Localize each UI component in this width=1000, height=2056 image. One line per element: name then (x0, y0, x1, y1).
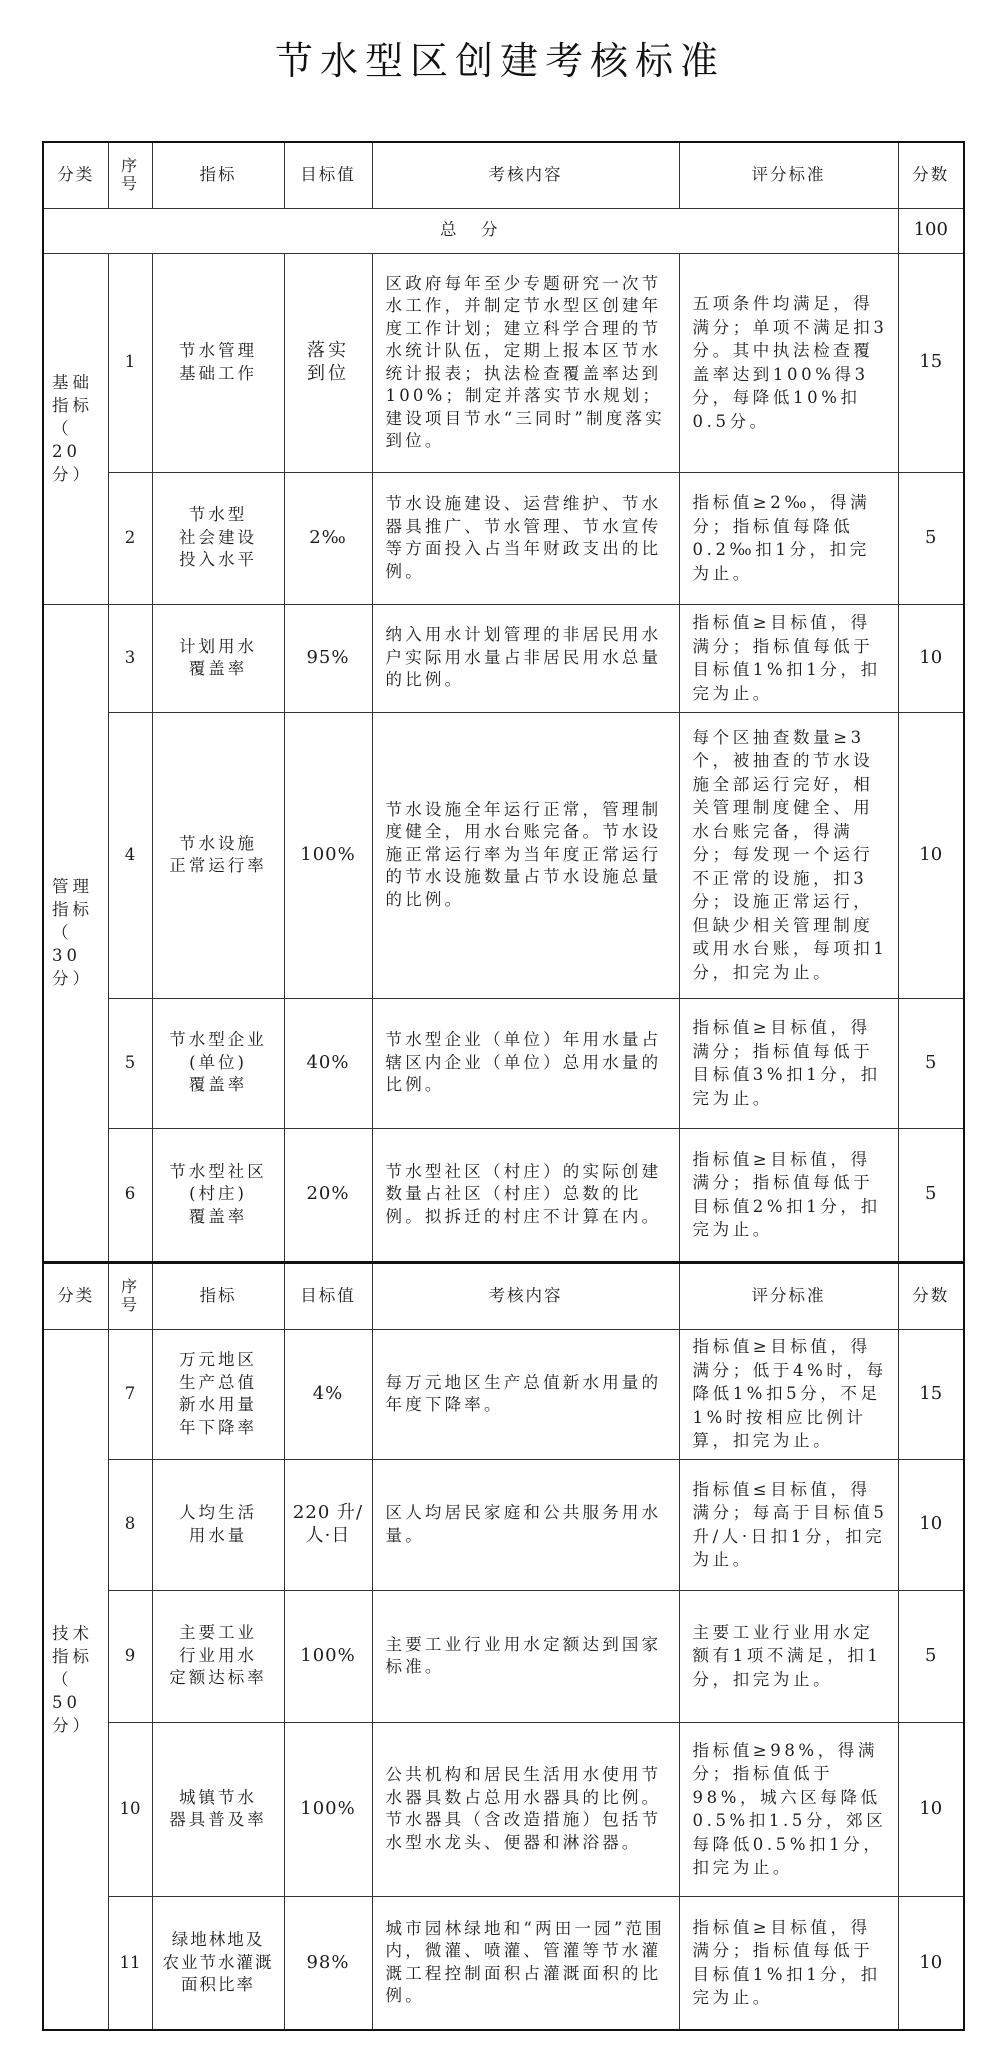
row-indicator: 节水管理 基础工作 (152, 253, 284, 472)
header-category: 分类 (43, 142, 108, 208)
row-seq: 8 (108, 1459, 152, 1590)
indicator-line: 器具普及率 (157, 1809, 280, 1832)
row-indicator: 城镇节水 器具普及率 (152, 1722, 284, 1896)
table-header-repeat: 分类 序 号 指标 目标值 考核内容 评分标准 分数 (43, 1262, 964, 1329)
target-line: 人·日 (285, 1525, 372, 1548)
row-seq: 11 (108, 1896, 152, 2030)
row-score: 5 (898, 472, 964, 604)
table-row: 2 节水型 社会建设 投入水平 2‰ 节水设施建设、运营维护、节水器具推广、节水… (43, 472, 964, 604)
category-line: （ 20 (52, 417, 104, 463)
row-target: 220 升/ 人·日 (284, 1459, 372, 1590)
indicator-line: 计划用水 (157, 636, 280, 659)
row-target: 20% (284, 1128, 372, 1262)
row-score: 10 (898, 712, 964, 998)
indicator-line: (村庄) (157, 1183, 280, 1206)
row-content: 节水设施建设、运营维护、节水器具推广、节水管理、节水宣传等方面投入占当年财政支出… (372, 472, 679, 604)
row-content: 城市园林绿地和“两田一园”范围内，微灌、喷灌、管灌等节水灌溉工程控制面积占灌溉面… (372, 1896, 679, 2030)
indicator-line: 新水用量 (157, 1394, 280, 1417)
row-seq: 5 (108, 998, 152, 1128)
indicator-line: 定额达标率 (157, 1667, 280, 1690)
row-target: 100% (284, 1722, 372, 1896)
indicator-line: 覆盖率 (157, 1206, 280, 1229)
row-score: 10 (898, 1896, 964, 2030)
row-target: 2‰ (284, 472, 372, 604)
indicator-line: 面积比率 (154, 1974, 283, 1997)
indicator-line: 农业节水灌溉 (154, 1952, 283, 1975)
row-target: 98% (284, 1896, 372, 2030)
row-target: 落实 到位 (284, 253, 372, 472)
row-target: 95% (284, 604, 372, 712)
header-seq-line: 序 (109, 157, 152, 175)
indicator-line: 节水型社区 (157, 1161, 280, 1184)
row-criteria: 指标值≥98%，得满分；指标值低于98%，城六区每降低0.5%扣1.5分，郊区每… (679, 1722, 898, 1896)
header-content: 考核内容 (372, 142, 679, 208)
indicator-line: 投入水平 (157, 549, 280, 572)
row-criteria: 指标值≥目标值，得满分；指标值每低于目标值1%扣1分，扣完为止。 (679, 1896, 898, 2030)
row-indicator: 节水型企业 (单位) 覆盖率 (152, 998, 284, 1128)
row-seq: 7 (108, 1329, 152, 1459)
row-score: 15 (898, 253, 964, 472)
row-content: 纳入用水计划管理的非居民用水户实际用水量占非居民用水总量的比例。 (372, 604, 679, 712)
row-content: 节水型企业（单位）年用水量占辖区内企业（单位）总用水量的比例。 (372, 998, 679, 1128)
row-content: 主要工业行业用水定额达到国家标准。 (372, 1590, 679, 1722)
row-score: 10 (898, 604, 964, 712)
row-criteria: 指标值≥目标值，得满分；指标值每低于目标值1%扣1分，扣完为止。 (679, 604, 898, 712)
table-row: 技术 指标 （ 50 分） 7 万元地区 生产总值 新水用量 年下降率 4% 每… (43, 1329, 964, 1459)
row-indicator: 节水型 社会建设 投入水平 (152, 472, 284, 604)
indicator-line: 覆盖率 (157, 1074, 280, 1097)
header-content: 考核内容 (372, 1262, 679, 1329)
row-seq: 10 (108, 1722, 152, 1896)
table-row: 9 主要工业 行业用水 定额达标率 100% 主要工业行业用水定额达到国家标准。… (43, 1590, 964, 1722)
target-line: 220 升/ (285, 1502, 372, 1525)
category-line: 技术 (52, 1622, 104, 1645)
row-seq: 4 (108, 712, 152, 998)
header-seq: 序 号 (108, 142, 152, 208)
row-content: 节水型社区（村庄）的实际创建数量占社区（村庄）总数的比例。拟拆迁的村庄不计算在内… (372, 1128, 679, 1262)
header-criteria: 评分标准 (679, 142, 898, 208)
row-score: 5 (898, 998, 964, 1128)
indicator-line: 社会建设 (157, 527, 280, 550)
indicator-line: 基础工作 (157, 363, 280, 386)
row-criteria: 主要工业行业用水定额有1项不满足，扣1分，扣完为止。 (679, 1590, 898, 1722)
total-label: 总 分 (43, 208, 898, 253)
row-criteria: 指标值≥目标值，得满分；指标值每低于目标值2%扣1分，扣完为止。 (679, 1128, 898, 1262)
row-score: 5 (898, 1590, 964, 1722)
table-row: 11 绿地林地及 农业节水灌溉 面积比率 98% 城市园林绿地和“两田一园”范围… (43, 1896, 964, 2030)
row-score: 10 (898, 1459, 964, 1590)
row-criteria: 每个区抽查数量≥3个，被抽查的节水设施全部运行完好，相关管理制度健全、用水台账完… (679, 712, 898, 998)
row-content: 区人均居民家庭和公共服务用水量。 (372, 1459, 679, 1590)
indicator-line: 生产总值 (157, 1372, 280, 1395)
indicator-line: 主要工业 (157, 1622, 280, 1645)
category-line: 分） (52, 463, 104, 486)
category-management: 管理 指标 （ 30 分） (43, 604, 108, 1262)
header-seq-line: 序 (109, 1278, 152, 1296)
indicator-line: 节水管理 (157, 340, 280, 363)
row-criteria: 指标值≥目标值，得满分；低于4%时，每降低1%扣5分，不足1%时按相应比例计算，… (679, 1329, 898, 1459)
target-line: 落实 (285, 340, 372, 363)
category-line: （ 30 (52, 921, 104, 967)
header-score: 分数 (898, 1262, 964, 1329)
row-seq: 6 (108, 1128, 152, 1262)
header-category: 分类 (43, 1262, 108, 1329)
row-target: 4% (284, 1329, 372, 1459)
indicator-line: 节水型 (157, 504, 280, 527)
indicator-line: 年下降率 (157, 1417, 280, 1440)
row-seq: 2 (108, 472, 152, 604)
page-title: 节水型区创建考核标准 (0, 38, 1000, 84)
header-criteria: 评分标准 (679, 1262, 898, 1329)
row-content: 公共机构和居民生活用水使用节水器具数占总用水器具的比例。节水器具（含改造措施）包… (372, 1722, 679, 1896)
category-line: 指标 (52, 898, 104, 921)
row-score: 15 (898, 1329, 964, 1459)
header-indicator: 指标 (152, 142, 284, 208)
header-seq-line: 号 (109, 1296, 152, 1314)
indicator-line: 节水设施 (157, 833, 280, 856)
row-criteria: 五项条件均满足，得满分；单项不满足扣3分。其中执法检查覆盖率达到100%得3分，… (679, 253, 898, 472)
row-target: 40% (284, 998, 372, 1128)
table-row: 5 节水型企业 (单位) 覆盖率 40% 节水型企业（单位）年用水量占辖区内企业… (43, 998, 964, 1128)
assessment-table: 分类 序 号 指标 目标值 考核内容 评分标准 分数 总 分 100 基础 指标… (42, 141, 965, 2031)
indicator-line: 行业用水 (157, 1645, 280, 1668)
header-target: 目标值 (284, 1262, 372, 1329)
table-row: 10 城镇节水 器具普及率 100% 公共机构和居民生活用水使用节水器具数占总用… (43, 1722, 964, 1896)
indicator-line: (单位) (157, 1052, 280, 1075)
category-line: 指标 (52, 394, 104, 417)
row-indicator: 节水设施 正常运行率 (152, 712, 284, 998)
header-target: 目标值 (284, 142, 372, 208)
total-row: 总 分 100 (43, 208, 964, 253)
indicator-line: 正常运行率 (157, 855, 280, 878)
table-header: 分类 序 号 指标 目标值 考核内容 评分标准 分数 (43, 142, 964, 208)
row-criteria: 指标值≤目标值，得满分；每高于目标值5升/人·日扣1分，扣完为止。 (679, 1459, 898, 1590)
row-seq: 3 (108, 604, 152, 712)
row-content: 节水设施全年运行正常，管理制度健全，用水台账完备。节水设施正常运行率为当年度正常… (372, 712, 679, 998)
table-row: 基础 指标 （ 20 分） 1 节水管理 基础工作 落实 到位 区政府每年至少专… (43, 253, 964, 472)
category-line: 分） (52, 1714, 104, 1737)
row-score: 5 (898, 1128, 964, 1262)
table-row: 8 人均生活 用水量 220 升/ 人·日 区人均居民家庭和公共服务用水量。 指… (43, 1459, 964, 1590)
indicator-line: 覆盖率 (157, 658, 280, 681)
table-row: 4 节水设施 正常运行率 100% 节水设施全年运行正常，管理制度健全，用水台账… (43, 712, 964, 998)
header-score: 分数 (898, 142, 964, 208)
row-indicator: 主要工业 行业用水 定额达标率 (152, 1590, 284, 1722)
target-line: 到位 (285, 363, 372, 386)
table-row: 6 节水型社区 (村庄) 覆盖率 20% 节水型社区（村庄）的实际创建数量占社区… (43, 1128, 964, 1262)
row-target: 100% (284, 1590, 372, 1722)
row-target: 100% (284, 712, 372, 998)
row-indicator: 人均生活 用水量 (152, 1459, 284, 1590)
category-line: 指标 (52, 1645, 104, 1668)
category-basic: 基础 指标 （ 20 分） (43, 253, 108, 604)
indicator-line: 用水量 (157, 1525, 280, 1548)
row-seq: 9 (108, 1590, 152, 1722)
row-score: 10 (898, 1722, 964, 1896)
row-content: 每万元地区生产总值新水用量的年度下降率。 (372, 1329, 679, 1459)
row-criteria: 指标值≥2‰，得满分；指标值每降低0.2‰扣1分，扣完为止。 (679, 472, 898, 604)
category-line: 分） (52, 967, 104, 990)
row-indicator: 万元地区 生产总值 新水用量 年下降率 (152, 1329, 284, 1459)
header-seq-line: 号 (109, 175, 152, 193)
header-indicator: 指标 (152, 1262, 284, 1329)
header-seq: 序 号 (108, 1262, 152, 1329)
row-content: 区政府每年至少专题研究一次节水工作，并制定节水型区创建年度工作计划；建立科学合理… (372, 253, 679, 472)
row-indicator: 绿地林地及 农业节水灌溉 面积比率 (152, 1896, 284, 2030)
row-indicator: 节水型社区 (村庄) 覆盖率 (152, 1128, 284, 1262)
indicator-line: 人均生活 (157, 1502, 280, 1525)
indicator-line: 城镇节水 (157, 1787, 280, 1810)
indicator-line: 万元地区 (157, 1349, 280, 1372)
table-row: 管理 指标 （ 30 分） 3 计划用水 覆盖率 95% 纳入用水计划管理的非居… (43, 604, 964, 712)
indicator-line: 节水型企业 (157, 1029, 280, 1052)
row-seq: 1 (108, 253, 152, 472)
total-score: 100 (898, 208, 964, 253)
category-technical: 技术 指标 （ 50 分） (43, 1329, 108, 2030)
indicator-line: 绿地林地及 (154, 1929, 283, 1952)
row-indicator: 计划用水 覆盖率 (152, 604, 284, 712)
category-line: 管理 (52, 875, 104, 898)
category-line: 基础 (52, 371, 104, 394)
row-criteria: 指标值≥目标值，得满分；指标值每低于目标值3%扣1分，扣完为止。 (679, 998, 898, 1128)
category-line: （ 50 (52, 1668, 104, 1714)
